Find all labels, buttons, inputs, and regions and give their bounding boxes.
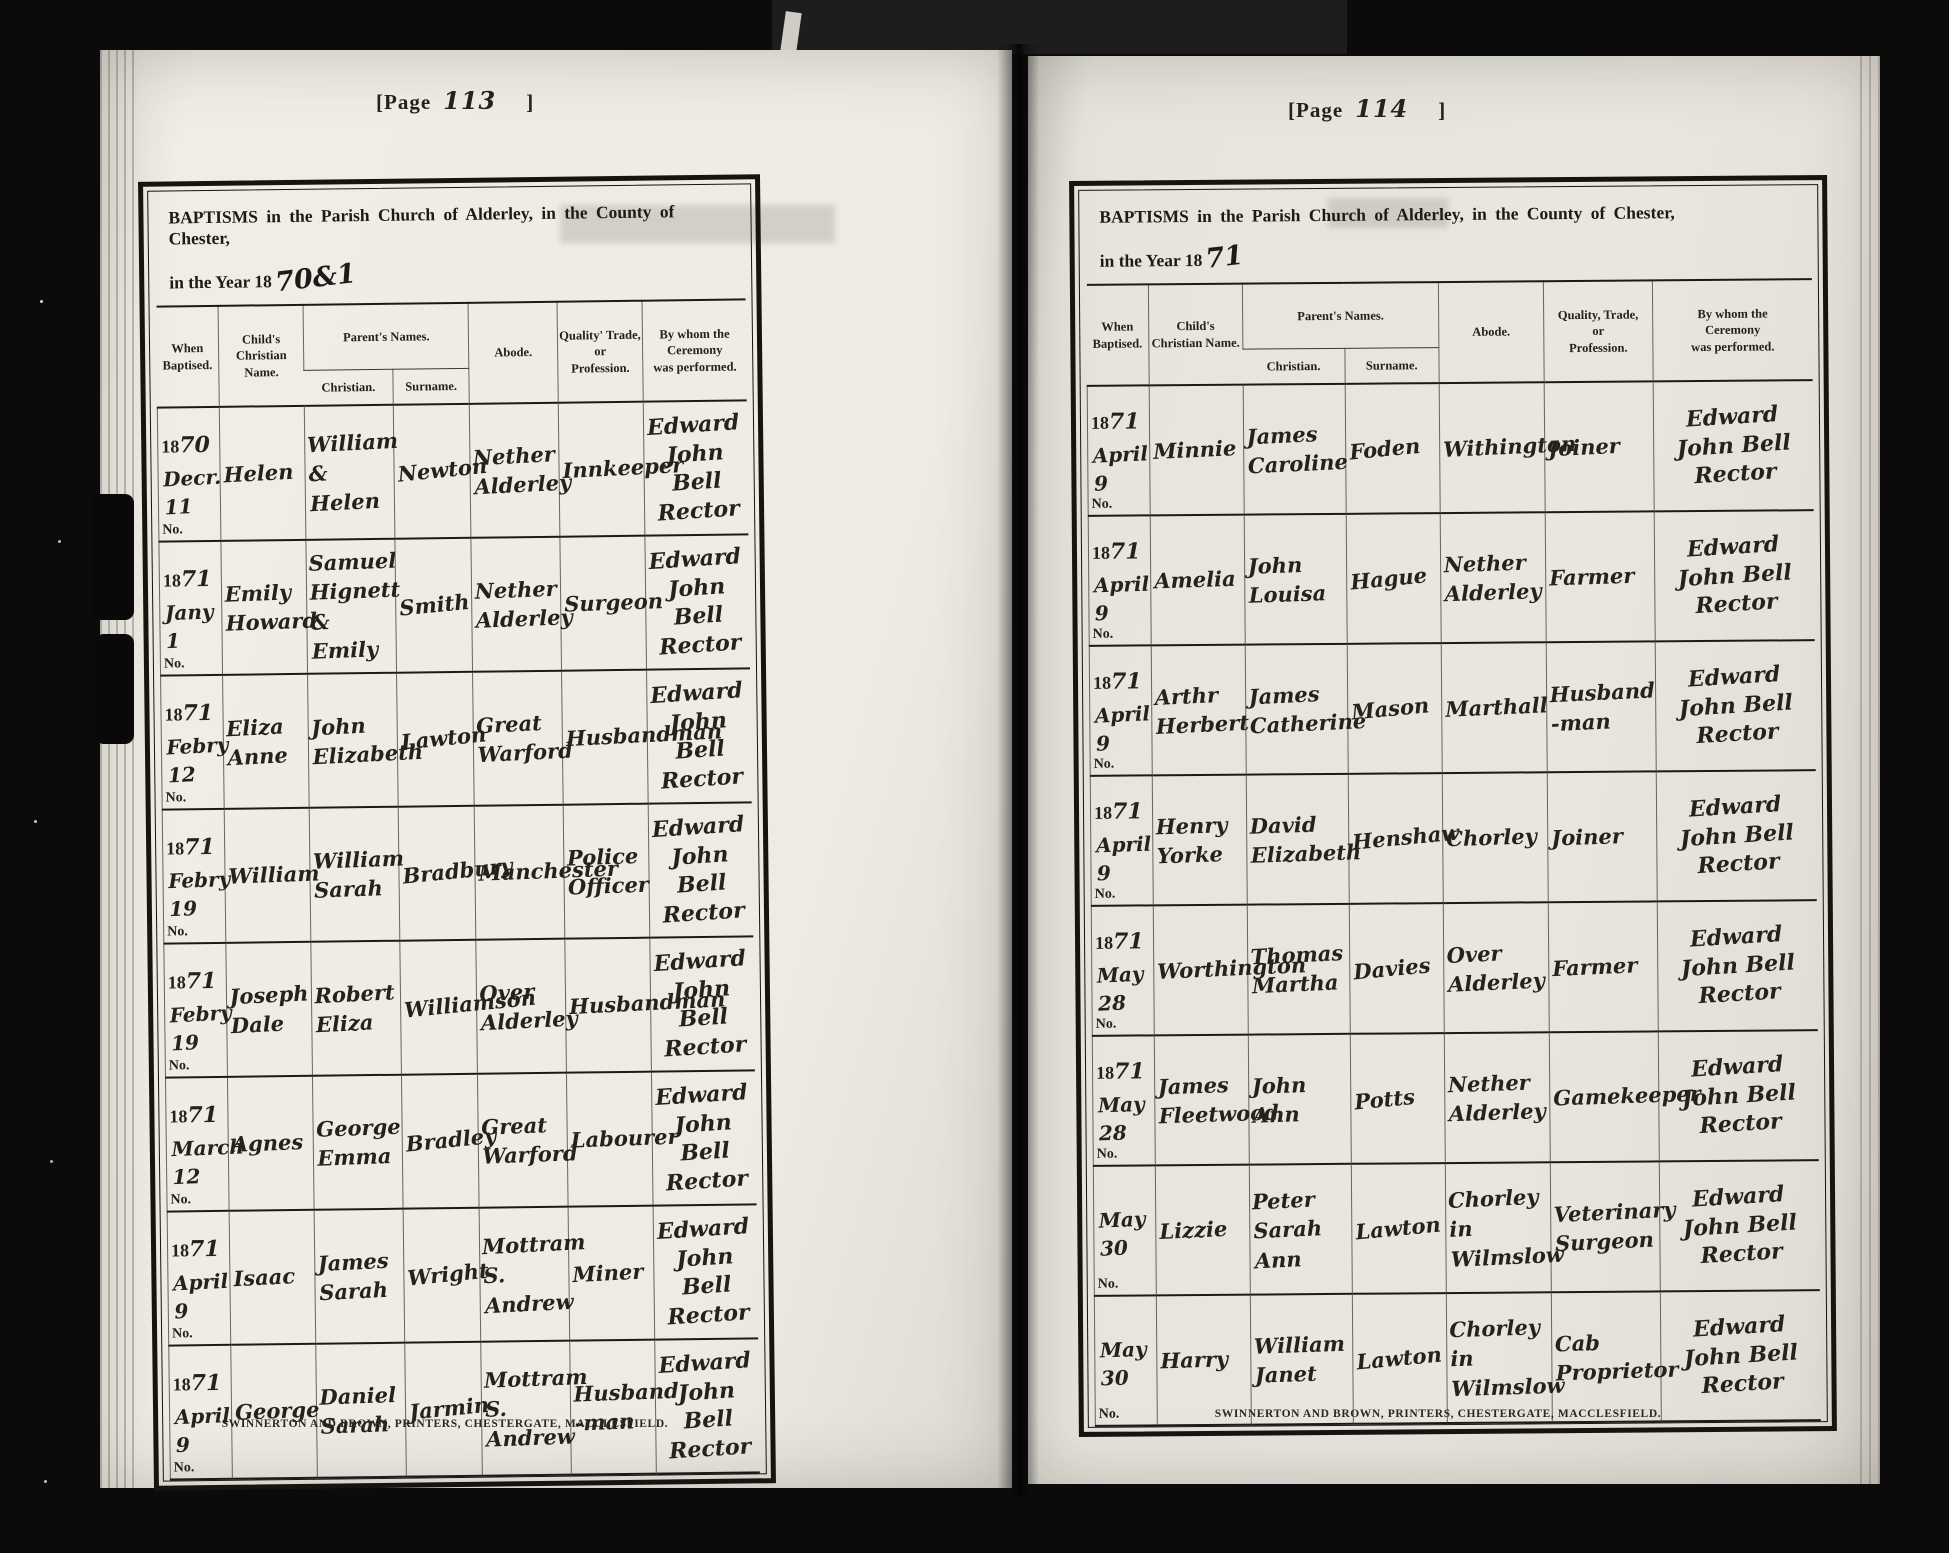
no-label: No. — [172, 1326, 193, 1342]
baptism-table: When Baptised. Child's Christian Name. P… — [1086, 278, 1821, 1427]
handwritten-abode: Nether Alderley — [1447, 1067, 1547, 1129]
cell-child-name: Amelia — [1150, 515, 1245, 646]
printed-year-prefix: 18 — [1092, 542, 1110, 562]
handwritten-abode: Nether Alderley — [475, 573, 559, 635]
cell-abode: Nether Alderley — [470, 403, 560, 538]
handwritten-year: 71 — [1204, 240, 1245, 275]
handwritten-year: 71 — [182, 700, 213, 726]
handwritten-date: May 28 — [1096, 1090, 1152, 1148]
handwritten-date: Febry 12 — [164, 731, 222, 790]
table-row: 1871 Jany 1 No. Emily Howard Samuel Hign… — [159, 534, 750, 675]
handwritten-date: Jany 1 — [162, 598, 219, 656]
no-label: No. — [165, 790, 186, 806]
printed-year-prefix: 18 — [171, 1240, 189, 1260]
handwritten-parent-surname: Wright — [406, 1257, 478, 1293]
handwritten-year: 71 — [186, 968, 217, 994]
cell-when-baptised: 1871 Jany 1 No. — [159, 541, 223, 676]
handwritten-child-name: Isaac — [233, 1261, 313, 1294]
printer-imprint: SWINNERTON AND BROWN, PRINTERS, CHESTERG… — [1068, 1408, 1808, 1420]
handwritten-abode: Withington — [1442, 431, 1541, 465]
baptism-table: When Baptised. Child's Christian Name. P… — [156, 298, 760, 1480]
table-header: When Baptised. Child's Christian Name. P… — [156, 299, 747, 407]
handwritten-officiant: Edward John Bell Rector — [648, 676, 752, 796]
cell-child-name: Harry — [1156, 1295, 1251, 1426]
dust-speck — [40, 300, 43, 303]
cell-when-baptised: 1871 May 28 No. — [1092, 1035, 1155, 1165]
handwritten-officiant: Edward John Bell Rector — [1660, 1048, 1818, 1143]
cell-parent-christian: William & Helen — [305, 405, 395, 540]
handwritten-trade: Police Officer — [566, 840, 647, 902]
table-row: 1871 April 9 No. Isaac James Sarah Wrigh… — [167, 1204, 758, 1345]
no-label: No. — [1093, 627, 1114, 643]
handwritten-year: 70 — [179, 432, 210, 458]
entry-year: 1871 — [1092, 534, 1147, 567]
handwritten-officiant: Edward John Bell Rector — [649, 810, 753, 930]
handwritten-child-name: Emily Howard — [224, 577, 305, 639]
handwritten-trade: Farmer — [1549, 560, 1652, 593]
handwritten-date: March 12 — [169, 1134, 226, 1192]
handwritten-parent-christian: John Louisa — [1247, 548, 1343, 610]
printed-year-prefix: 18 — [1093, 672, 1111, 692]
cell-parent-surname: Potts — [1350, 1033, 1445, 1164]
handwritten-year: 71 — [1113, 928, 1144, 954]
handwritten-year: 71 — [187, 1102, 218, 1128]
col-header-christian: Christian. — [304, 369, 393, 406]
cell-trade: Husbandman — [565, 938, 652, 1073]
printed-year-prefix: 18 — [1091, 412, 1109, 432]
handwritten-parent-christian: James Sarah — [317, 1245, 401, 1308]
entry-year: 1871 — [164, 695, 219, 728]
cell-abode: Chorley — [1442, 772, 1548, 903]
cell-trade: Veterinary Surgeon — [1550, 1161, 1660, 1292]
cell-parent-christian: William Sarah — [310, 807, 400, 942]
cell-abode: Great Warford — [473, 671, 563, 806]
handwritten-parent-christian: George Emma — [316, 1111, 400, 1173]
handwritten-date: May 28 — [1094, 960, 1151, 1018]
page-number-label: [Page114] — [1288, 94, 1446, 123]
cell-parent-surname: Lawton — [1352, 1293, 1447, 1424]
col-header-parents: Parent's Names. — [303, 303, 469, 371]
cell-parent-surname: Mason — [1347, 643, 1442, 774]
handwritten-trade: Husbandman — [568, 988, 648, 1021]
no-label: No. — [1094, 757, 1115, 773]
handwritten-child-name: Harry — [1160, 1344, 1248, 1376]
handwritten-year: 71 — [1111, 668, 1142, 694]
cell-child-name: Worthington — [1153, 905, 1248, 1036]
cell-by-whom: Edward John Bell Rector — [647, 668, 752, 803]
cell-by-whom: Edward John Bell Rector — [1655, 640, 1816, 771]
handwritten-abode: Great Warford — [476, 707, 560, 770]
cell-when-baptised: 1871 May 28 No. — [1091, 905, 1154, 1035]
page-number-label: [Page113] — [376, 86, 534, 115]
baptism-register-inner-frame: BAPTISMS in the Parish Church of Alderle… — [1078, 184, 1828, 1428]
handwritten-trade: Joiner — [1548, 430, 1651, 464]
cell-parent-christian: John Elizabeth — [308, 673, 398, 808]
cell-child-name: Joseph Dale — [226, 942, 313, 1077]
handwritten-date: Decr. 11 — [160, 463, 218, 522]
cell-when-baptised: 1870 Decr. 11 No. — [157, 407, 221, 542]
cell-parent-surname: Lawton — [1351, 1163, 1446, 1294]
col-header-trade: Quality, Trade, or Profession. — [1543, 280, 1653, 382]
cell-abode: Over Alderley — [1443, 902, 1549, 1033]
cell-when-baptised: 1871 April 9 No. — [1087, 385, 1150, 515]
cell-by-whom: Edward John Bell Rector — [1660, 1290, 1821, 1421]
cell-parent-christian: John Ann — [1248, 1034, 1351, 1165]
handwritten-trade: Surgeon — [564, 587, 643, 619]
cell-when-baptised: 1871 April 9 No. — [169, 1345, 233, 1480]
handwritten-trade: Innkeeper — [562, 453, 642, 486]
handwritten-parent-christian: John Ann — [1251, 1068, 1347, 1130]
cell-when-baptised: 1871 March 12 No. — [165, 1077, 229, 1212]
cell-child-name: Minnie — [1149, 385, 1244, 516]
handwritten-parent-christian: Thomas Martha — [1250, 938, 1347, 1001]
table-row: 1871 April 9 No. George Daniel Sarah Jar… — [169, 1338, 760, 1479]
handwritten-child-name: Amelia — [1153, 564, 1241, 596]
handwritten-child-name: Worthington — [1156, 953, 1245, 986]
handwritten-year: 71 — [1112, 798, 1143, 824]
cell-when-baptised: 1871 Febry 12 No. — [161, 675, 225, 810]
printed-year-prefix: 18 — [163, 570, 181, 590]
col-header-christian: Christian. — [1243, 348, 1345, 384]
handwritten-year: 70&1 — [273, 258, 357, 298]
handwritten-child-name: Arthr Herbert — [1154, 679, 1244, 742]
handwritten-parent-christian: William Janet — [1253, 1328, 1349, 1390]
handwritten-year: 71 — [181, 566, 212, 592]
cell-child-name: James Fleetwood — [1154, 1035, 1249, 1166]
printed-year-prefix: 18 — [161, 436, 179, 456]
table-row: 1871 March 12 No. Agnes George Emma Brad… — [165, 1070, 756, 1211]
register-title-line1: BAPTISMS in the Parish Church of Alderle… — [1099, 201, 1801, 228]
col-header-parents: Parent's Names. — [1242, 282, 1438, 349]
cell-by-whom: Edward John Bell Rector — [652, 1070, 757, 1205]
entry-year: 1871 — [1091, 404, 1146, 437]
cell-trade: Joiner — [1544, 381, 1654, 512]
cell-trade: Gamekeeper — [1549, 1031, 1659, 1162]
cell-child-name: Eliza Anne — [222, 674, 309, 809]
cell-abode: Mottram S. Andrew — [479, 1207, 569, 1342]
handwritten-parent-christian: James Catherine — [1248, 678, 1345, 741]
handwritten-date: April 9 — [1094, 830, 1150, 888]
col-header-trade: Quality' Trade, or Profession. — [557, 301, 644, 403]
handwritten-year: 71 — [184, 834, 215, 860]
printed-year-prefix: 18 — [1094, 802, 1112, 822]
cell-parent-christian: William Janet — [1250, 1294, 1353, 1425]
col-header-surname: Surname. — [1344, 348, 1439, 384]
cell-abode: Manchester — [475, 805, 565, 940]
cell-by-whom: Edward John Bell Rector — [1659, 1160, 1820, 1291]
col-header-surname: Surname. — [393, 368, 470, 404]
cell-by-whom: Edward John Bell Rector — [1657, 900, 1818, 1031]
no-label: No. — [174, 1460, 195, 1476]
handwritten-year: 71 — [191, 1370, 222, 1396]
table-row: 1871 Febry 19 No. William William Sarah … — [162, 802, 753, 943]
cell-child-name: Arthr Herbert — [1151, 645, 1246, 776]
handwritten-abode: Nether Alderley — [1443, 547, 1543, 609]
cell-trade: Surgeon — [560, 536, 647, 671]
handwritten-date: April 9 — [1091, 570, 1147, 628]
cell-parent-surname: Henshaw — [1348, 773, 1443, 904]
cell-parent-surname: Foden — [1345, 383, 1440, 514]
table-body: 1871 April 9 No. Minnie James Caroline F… — [1087, 380, 1821, 1426]
register-title-line1: BAPTISMS in the Parish Church of Alderle… — [168, 201, 734, 250]
handwritten-abode: Nether Alderley — [473, 439, 557, 502]
handwritten-officiant: Edward John Bell Rector — [1661, 1178, 1819, 1273]
cell-child-name: Agnes — [227, 1076, 314, 1211]
cell-trade: Cab Proprietor — [1551, 1291, 1661, 1422]
cell-parent-christian: Thomas Martha — [1247, 904, 1350, 1035]
register-title-line2: in the Year 1871 — [1100, 237, 1802, 274]
year-printed-prefix: in the Year 18 — [1100, 250, 1203, 271]
handwritten-date: Febry 19 — [166, 866, 223, 924]
table-row: 1871 April 9 No. Minnie James Caroline F… — [1087, 380, 1813, 516]
handwritten-child-name: Helen — [223, 457, 303, 490]
printed-year-prefix: 18 — [166, 838, 184, 858]
handwritten-parent-surname: Henshaw — [1351, 820, 1441, 858]
handwritten-parent-surname: Davies — [1352, 950, 1442, 988]
entry-year: 1871 — [169, 1097, 224, 1130]
cell-when-baptised: 1871 Febry 19 No. — [162, 809, 226, 944]
cell-parent-surname: Davies — [1349, 903, 1444, 1034]
handwritten-parent-surname: Bradley — [404, 1123, 476, 1159]
year-printed-prefix: in the Year 18 — [169, 271, 272, 292]
entry-year — [1097, 1199, 1152, 1201]
cell-trade: Labourer — [566, 1072, 653, 1207]
handwritten-officiant: Edward John Bell Rector — [1655, 398, 1813, 493]
handwritten-child-name: Henry Yorke — [1155, 809, 1244, 871]
page-label-prefix: [Page — [1288, 98, 1343, 122]
printed-year-prefix: 18 — [164, 704, 182, 724]
handwritten-parent-christian: William Sarah — [313, 843, 397, 905]
handwritten-child-name: Lizzie — [1158, 1213, 1247, 1246]
cell-by-whom: Edward John Bell Rector — [650, 936, 755, 1071]
cell-parent-surname: Wright — [403, 1208, 481, 1343]
cell-trade: Husband -man — [570, 1340, 657, 1475]
cell-parent-christian: James Catherine — [1245, 644, 1348, 775]
handwritten-officiant: Edward John Bell Rector — [651, 944, 755, 1064]
table-row: 1871 Febry 19 No. Joseph Dale Robert Eli… — [164, 936, 755, 1077]
handwritten-abode: Manchester — [478, 856, 560, 888]
handwritten-parent-christian: Samuel Hignett & Emily — [308, 546, 394, 666]
cell-abode: Marthall — [1441, 642, 1547, 773]
handwritten-trade: Miner — [572, 1256, 652, 1289]
book-gutter-shadow — [997, 44, 1039, 1496]
handwritten-parent-surname: Newton — [396, 453, 468, 489]
col-header-abode: Abode. — [468, 302, 558, 404]
handwritten-abode: Over Alderley — [479, 975, 563, 1038]
handwritten-parent-christian: James Caroline — [1246, 418, 1343, 481]
cell-trade: Joiner — [1547, 771, 1657, 902]
table-body: 1870 Decr. 11 No. Helen William & Helen … — [157, 400, 760, 1479]
entry-year: 1871 — [1096, 1054, 1151, 1087]
cell-abode: Mottram S. Andrew — [481, 1341, 571, 1476]
cell-when-baptised: May 30 No. — [1093, 1165, 1156, 1295]
cell-by-whom: Edward John Bell Rector — [653, 1204, 758, 1339]
handwritten-abode: Chorley in Wilmslow — [1447, 1181, 1549, 1274]
cell-trade: Husbandman — [561, 670, 648, 805]
handwritten-date: April 9 — [1092, 700, 1149, 758]
cell-child-name: Henry Yorke — [1152, 775, 1247, 906]
page-label-prefix: [Page — [376, 90, 431, 114]
handwritten-date: May 30 — [1096, 1204, 1153, 1262]
handwritten-officiant: Edward John Bell Rector — [1658, 788, 1816, 883]
handwritten-parent-surname: Smith — [398, 587, 470, 623]
handwritten-parent-surname: Mason — [1350, 690, 1440, 728]
handwritten-child-name: Agnes — [231, 1127, 310, 1159]
handwritten-trade: Veterinary Surgeon — [1553, 1195, 1657, 1258]
baptism-register-inner-frame: BAPTISMS in the Parish Church of Alderle… — [147, 183, 767, 1481]
handwritten-trade: Cab Proprietor — [1554, 1326, 1658, 1388]
cell-child-name: Helen — [219, 406, 306, 541]
entry-year: 1871 — [168, 963, 223, 996]
col-header-child: Child's Christian Name. — [218, 305, 305, 407]
binding-clip — [95, 634, 134, 744]
register-title-line2: in the Year 1870&1 — [169, 258, 735, 296]
cell-trade: Husband -man — [1546, 641, 1656, 772]
handwritten-parent-christian: William & Helen — [307, 426, 393, 518]
no-label: No. — [169, 1058, 190, 1074]
handwritten-year: 71 — [1109, 408, 1140, 434]
handwritten-officiant: Edward John Bell Rector — [654, 1212, 758, 1332]
cell-when-baptised: 1871 April 9 No. — [1089, 645, 1152, 775]
register-title: BAPTISMS in the Parish Church of Alderle… — [1085, 185, 1812, 284]
handwritten-date: Febry 19 — [167, 999, 225, 1058]
entry-year: 1871 — [1093, 664, 1148, 697]
cell-trade: Miner — [568, 1206, 655, 1341]
handwritten-parent-christian: Daniel Sarah — [319, 1379, 403, 1441]
cell-trade: Farmer — [1545, 511, 1655, 642]
cell-abode: Chorley in Wilmslow — [1445, 1162, 1551, 1293]
handwritten-child-name: Joseph Dale — [229, 978, 310, 1041]
no-label: No. — [1096, 1017, 1117, 1033]
handwritten-child-name: Eliza Anne — [225, 710, 306, 773]
page-label-suffix: ] — [526, 90, 534, 114]
handwritten-abode: Chorley in Wilmslow — [1449, 1312, 1550, 1403]
table-row: 1871 May 28 No. James Fleetwood John Ann… — [1092, 1030, 1818, 1166]
table-header: When Baptised. Child's Christian Name. P… — [1086, 279, 1812, 386]
handwritten-officiant: Edward John Bell Rector — [1657, 658, 1815, 753]
cell-parent-surname: Bradbury — [398, 806, 476, 941]
handwritten-trade: Husbandman — [565, 721, 645, 754]
cell-abode: Nether Alderley — [1440, 512, 1546, 643]
cell-when-baptised: 1871 Febry 19 No. — [164, 943, 228, 1078]
cell-abode: Nether Alderley — [471, 537, 561, 672]
cell-abode: Chorley in Wilmslow — [1446, 1292, 1552, 1423]
no-label: No. — [1095, 887, 1116, 903]
handwritten-abode: Marthall — [1444, 691, 1543, 725]
handwritten-officiant: Edward John Bell Rector — [1659, 918, 1817, 1013]
cell-parent-christian: Peter Sarah Ann — [1249, 1164, 1352, 1295]
cell-by-whom: Edward John Bell Rector — [1656, 770, 1817, 901]
handwritten-date: April 9 — [172, 1402, 229, 1460]
table-row: 1871 April 9 No. Henry Yorke David Eliza… — [1090, 770, 1816, 906]
cell-trade: Innkeeper — [558, 402, 645, 537]
cell-parent-surname: Smith — [395, 538, 473, 673]
handwritten-abode: Chorley — [1446, 821, 1545, 854]
cell-parent-christian: Samuel Hignett & Emily — [306, 539, 396, 674]
handwritten-trade: Husband -man — [1549, 675, 1653, 738]
handwritten-abode: Great Warford — [481, 1109, 565, 1171]
handwritten-date: April 9 — [1090, 440, 1147, 498]
col-header-when: When Baptised. — [1086, 284, 1148, 385]
entry-year: 1871 — [163, 561, 218, 594]
handwritten-parent-surname: Lawton — [1354, 1210, 1444, 1248]
handwritten-officiant: Edward John Bell Rector — [1656, 528, 1814, 623]
cell-when-baptised: 1871 April 9 No. — [1090, 775, 1153, 905]
printed-year-prefix: 18 — [1095, 932, 1113, 952]
col-header-by-whom: By whom the Ceremony was performed. — [642, 299, 746, 401]
handwritten-trade: Gamekeeper — [1553, 1080, 1656, 1113]
handwritten-parent-surname: Williamson — [403, 989, 475, 1025]
cell-parent-surname: Lawton — [396, 672, 474, 807]
cell-parent-surname: Jarmin — [405, 1342, 483, 1477]
cell-by-whom: Edward John Bell Rector — [1654, 510, 1815, 641]
cell-child-name: William — [224, 808, 311, 943]
cell-trade: Police Officer — [563, 804, 650, 939]
cell-by-whom: Edward John Bell Rector — [645, 534, 750, 669]
printed-year-prefix: 18 — [169, 1106, 187, 1126]
cell-when-baptised: 1871 April 9 No. — [167, 1211, 231, 1346]
handwritten-parent-surname: Potts — [1353, 1080, 1443, 1118]
entry-year — [1098, 1329, 1153, 1331]
cell-abode: Over Alderley — [476, 939, 566, 1074]
handwritten-officiant: Edward John Bell Rector — [646, 542, 750, 662]
table-row: 1871 April 9 No. Amelia John Louisa Hagu… — [1088, 510, 1814, 646]
cell-when-baptised: 1871 April 9 No. — [1088, 515, 1151, 645]
handwritten-parent-christian: John Elizabeth — [311, 709, 395, 772]
handwritten-trade: Labourer — [570, 1123, 649, 1155]
no-label: No. — [164, 656, 185, 672]
cell-by-whom: Edward John Bell Rector — [644, 400, 749, 535]
handwritten-year: 71 — [189, 1236, 220, 1262]
no-label: No. — [1097, 1147, 1118, 1163]
handwritten-parent-surname: Hague — [1349, 560, 1439, 598]
cell-by-whom: Edward John Bell Rector — [1653, 380, 1814, 511]
table-row: 1871 April 9 No. Arthr Herbert James Cat… — [1089, 640, 1815, 776]
cell-parent-christian: Daniel Sarah — [316, 1343, 406, 1478]
handwritten-parent-christian: Robert Eliza — [314, 977, 398, 1040]
handwritten-date: May 30 — [1097, 1335, 1153, 1393]
cell-parent-surname: Williamson — [400, 940, 478, 1075]
table-row: 1871 May 28 No. Worthington Thomas Marth… — [1091, 900, 1817, 1036]
handwritten-officiant: Edward John Bell Rector — [652, 1078, 756, 1198]
cell-abode: Withington — [1439, 382, 1545, 513]
page-label-suffix: ] — [1438, 98, 1446, 122]
handwritten-officiant: Edward John Bell Rector — [656, 1346, 760, 1466]
handwritten-officiant: Edward John Bell Rector — [644, 408, 748, 528]
cell-by-whom: Edward John Bell Rector — [1658, 1030, 1819, 1161]
cell-abode: Nether Alderley — [1444, 1032, 1550, 1163]
handwritten-parent-surname: Lawton — [399, 721, 471, 757]
printed-year-prefix: 18 — [168, 972, 186, 992]
binding-clip — [92, 494, 134, 620]
table-row: May 30 No. Lizzie Peter Sarah Ann Lawton… — [1093, 1160, 1819, 1296]
no-label: No. — [162, 522, 183, 538]
handwritten-abode: Over Alderley — [1446, 936, 1547, 999]
register-title: BAPTISMS in the Parish Church of Alderle… — [154, 184, 745, 305]
cell-child-name: Emily Howard — [221, 540, 308, 675]
handwritten-officiant: Edward John Bell Rector — [1662, 1308, 1820, 1403]
baptism-register-frame: BAPTISMS in the Parish Church of Alderle… — [1069, 175, 1837, 1437]
handwritten-page-number: 113 — [443, 86, 496, 115]
table-row: May 30 No. Harry William Janet Lawton Ch… — [1094, 1290, 1820, 1426]
handwritten-parent-christian: David Elizabeth — [1249, 808, 1345, 870]
handwritten-year: 71 — [1114, 1058, 1145, 1084]
entry-year: 1871 — [166, 829, 221, 862]
printer-imprint: SWINNERTON AND BROWN, PRINTERS, CHESTERG… — [140, 1418, 750, 1430]
table-row: 1870 Decr. 11 No. Helen William & Helen … — [157, 400, 748, 541]
entry-year: 1870 — [161, 428, 216, 461]
handwritten-child-name: William — [228, 859, 307, 891]
